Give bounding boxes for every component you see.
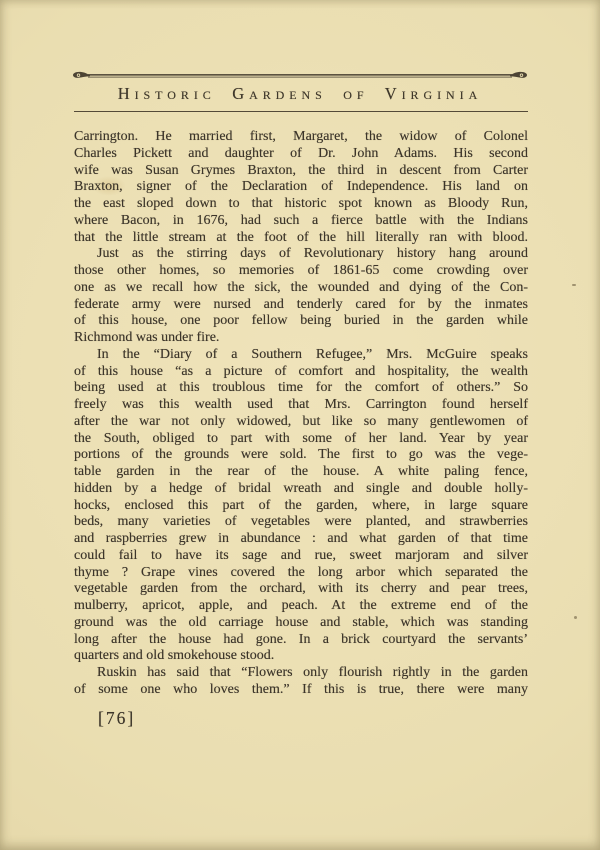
text-line: In the “Diary of a Southern Refugee,” Mr…: [74, 347, 528, 364]
text-line: beds, many varieties of vegetables were …: [74, 514, 528, 531]
text-line: after the war not only widowed, but like…: [74, 414, 528, 431]
text-line: Richmond was under fire.: [74, 330, 528, 347]
header-rule: [74, 111, 528, 112]
text-line: freely was this wealth used that Mrs. Ca…: [74, 397, 528, 414]
text-line: ground was the old carriage house and st…: [74, 615, 528, 632]
text-line: mulberry, apricot, apple, and peach. At …: [74, 598, 528, 615]
text-line: wife was Susan Grymes Braxton, the third…: [74, 163, 528, 180]
text-line: federate army were nursed and tenderly c…: [74, 297, 528, 314]
text-line: Carrington. He married first, Margaret, …: [74, 129, 528, 146]
text-line: portions of the grounds were sold. The f…: [74, 447, 528, 464]
text-line: those other homes, so memories of 1861-6…: [74, 263, 528, 280]
page-number: [76]: [98, 708, 135, 729]
text-line: of some one who loves them.” If this is …: [74, 682, 528, 699]
scan-speck: [574, 616, 577, 619]
text-line: being used at this troublous time for th…: [74, 380, 528, 397]
scan-speck: [572, 284, 576, 286]
text-line: where Bacon, in 1676, had such a fierce …: [74, 213, 528, 230]
text-line: Charles Pickett and daughter of Dr. John…: [74, 146, 528, 163]
text-line: vegetable garden from the orchard, with …: [74, 581, 528, 598]
body-text: Carrington. He married first, Margaret, …: [74, 129, 528, 699]
ornamental-rule: [71, 70, 529, 82]
text-line: Just as the stirring days of Revolutiona…: [74, 246, 528, 263]
text-line: the South, obliged to part with some of …: [74, 431, 528, 448]
text-line: quarters and old smokehouse stood.: [74, 648, 528, 665]
text-line: thyme ? Grape vines covered the long arb…: [74, 565, 528, 582]
text-line: Ruskin has said that “Flowers only flour…: [74, 665, 528, 682]
text-line: Braxton, signer of the Declaration of In…: [74, 179, 528, 196]
text-line: the east sloped down to that historic sp…: [74, 196, 528, 213]
text-line: that the little stream at the foot of th…: [74, 230, 528, 247]
text-line: hidden by a hedge of bridal wreath and s…: [74, 481, 528, 498]
book-page: Historic Gardens of Virginia Carrington.…: [0, 0, 600, 850]
text-line: one as we recall how the sick, the wound…: [74, 280, 528, 297]
text-line: table garden in the rear of the house. A…: [74, 464, 528, 481]
text-line: of this house, one poor fellow being bur…: [74, 313, 528, 330]
text-line: of this house “as a picture of comfort a…: [74, 364, 528, 381]
text-line: and raspberries grew in abundance : and …: [74, 531, 528, 548]
text-line: long after the house had gone. In a bric…: [74, 632, 528, 649]
text-line: hocks, enclosed this part of the garden,…: [74, 498, 528, 515]
running-head-title: Historic Gardens of Virginia: [0, 84, 600, 104]
text-line: could fail to have its sage and rue, swe…: [74, 548, 528, 565]
